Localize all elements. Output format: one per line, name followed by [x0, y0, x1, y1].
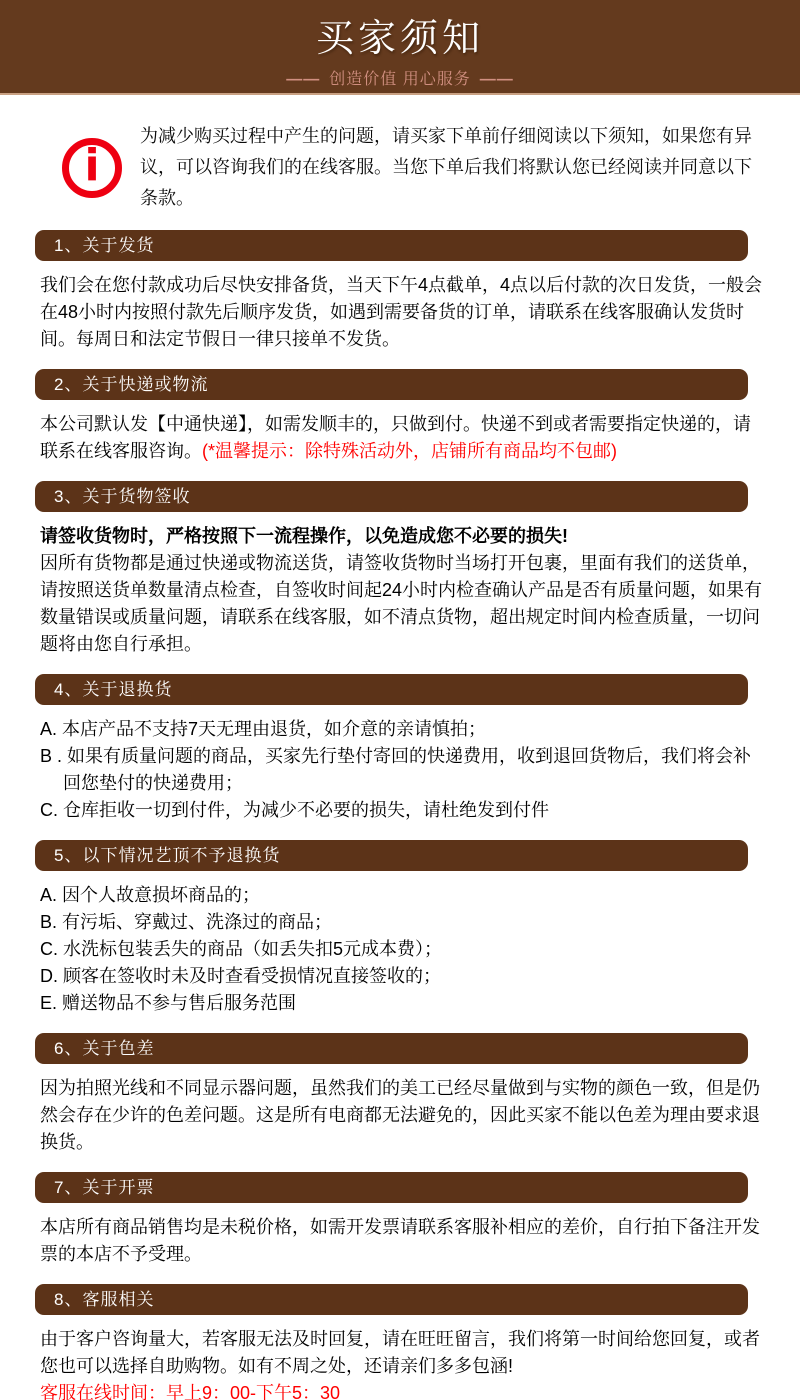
list-item: A. 因个人故意损坏商品的； [40, 882, 765, 909]
paragraph: 本公司默认发【中通快递】，如需发顺丰的，只做到付。快递不到或者需要指定快递的，请… [40, 411, 765, 465]
section-title: 6、关于色差 [54, 1039, 154, 1058]
section-title: 7、关于开票 [54, 1178, 154, 1197]
section-body: 请签收货物时，严格按照下一流程操作，以免造成您不必要的损失!因所有货物都是通过快… [40, 512, 765, 658]
sections-container: 1、关于发货 我们会在您付款成功后尽快安排备货，当天下午4点截单，4点以后付款的… [0, 230, 800, 1400]
section-body: 本店所有商品销售均是未税价格，如需开发票请联系客服补相应的差价，自行拍下备注开发… [40, 1203, 765, 1268]
text-span: B . 如果有质量问题的商品，买家先行垫付寄回的快递费用，收到退回货物后，我们将… [40, 746, 751, 793]
paragraph: 因所有货物都是通过快递或物流送货，请签收货物时当场打开包裹，里面有我们的送货单，… [40, 550, 765, 658]
notice-section: 4、关于退换货 A. 本店产品不支持7天无理由退货，如介意的亲请慎拍；B . 如… [0, 674, 800, 824]
red-note: 客服在线时间：早上9：00-下午5：30 [40, 1383, 340, 1400]
notice-section: 8、客服相关 由于客户咨询量大，若客服无法及时回复，请在旺旺留言，我们将第一时间… [0, 1284, 800, 1400]
list-item: A. 本店产品不支持7天无理由退货，如介意的亲请慎拍； [40, 716, 765, 743]
text-span: E. 赠送物品不参与售后服务范围 [40, 993, 296, 1013]
section-body: 由于客户咨询量大，若客服无法及时回复，请在旺旺留言，我们将第一时间给您回复，或者… [40, 1315, 765, 1400]
list-item: B. 有污垢、穿戴过、洗涤过的商品； [40, 909, 765, 936]
text-span: 因所有货物都是通过快递或物流送货，请签收货物时当场打开包裹，里面有我们的送货单，… [40, 553, 762, 654]
section-header-bar: 7、关于开票 [35, 1172, 748, 1203]
section-title: 2、关于快递或物流 [54, 375, 208, 394]
list-item: C. 仓库拒收一切到付件，为减少不必要的损失，请杜绝发到付件 [40, 797, 765, 824]
notice-section: 1、关于发货 我们会在您付款成功后尽快安排备货，当天下午4点截单，4点以后付款的… [0, 230, 800, 353]
text-span: 因为拍照光线和不同显示器问题，虽然我们的美工已经尽量做到与实物的颜色一致，但是仍… [40, 1078, 760, 1152]
paragraph: 本店所有商品销售均是未税价格，如需开发票请联系客服补相应的差价，自行拍下备注开发… [40, 1214, 765, 1268]
section-header-bar: 2、关于快递或物流 [35, 369, 748, 400]
text-span: 由于客户咨询量大，若客服无法及时回复，请在旺旺留言，我们将第一时间给您回复，或者… [40, 1329, 760, 1376]
list-item: C. 水洗标包装丢失的商品（如丢失扣5元成本费）； [40, 936, 765, 963]
text-span: 请签收货物时，严格按照下一流程操作，以免造成您不必要的损失! [40, 526, 568, 546]
text-span: 我们会在您付款成功后尽快安排备货，当天下午4点截单，4点以后付款的次日发货，一般… [40, 275, 762, 349]
text-span: A. 因个人故意损坏商品的； [40, 885, 260, 905]
section-title: 5、以下情况艺顶不予退换货 [54, 846, 280, 865]
notice-section: 2、关于快递或物流 本公司默认发【中通快递】，如需发顺丰的，只做到付。快递不到或… [0, 369, 800, 465]
paragraph: 我们会在您付款成功后尽快安排备货，当天下午4点截单，4点以后付款的次日发货，一般… [40, 272, 765, 353]
paragraph: 由于客户咨询量大，若客服无法及时回复，请在旺旺留言，我们将第一时间给您回复，或者… [40, 1326, 765, 1380]
section-title: 1、关于发货 [54, 236, 154, 255]
red-note: (*温馨提示：除特殊活动外，店铺所有商品均不包邮) [202, 441, 617, 461]
section-title: 8、客服相关 [54, 1290, 154, 1309]
section-body: A. 因个人故意损坏商品的；B. 有污垢、穿戴过、洗涤过的商品；C. 水洗标包装… [40, 871, 765, 1017]
section-body: 我们会在您付款成功后尽快安排备货，当天下午4点截单，4点以后付款的次日发货，一般… [40, 261, 765, 353]
section-header-bar: 1、关于发货 [35, 230, 748, 261]
section-body: 因为拍照光线和不同显示器问题，虽然我们的美工已经尽量做到与实物的颜色一致，但是仍… [40, 1064, 765, 1156]
header-subtitle: ——创造价值 用心服务—— [0, 66, 800, 89]
section-title: 3、关于货物签收 [54, 487, 190, 506]
section-header-bar: 5、以下情况艺顶不予退换货 [35, 840, 748, 871]
notice-section: 6、关于色差 因为拍照光线和不同显示器问题，虽然我们的美工已经尽量做到与实物的颜… [0, 1033, 800, 1156]
text-span: C. 水洗标包装丢失的商品（如丢失扣5元成本费）； [40, 939, 442, 959]
text-span: A. 本店产品不支持7天无理由退货，如介意的亲请慎拍； [40, 719, 486, 739]
list-item: E. 赠送物品不参与售后服务范围 [40, 990, 765, 1017]
text-span: B. 有污垢、穿戴过、洗涤过的商品； [40, 912, 332, 932]
section-header-bar: 8、客服相关 [35, 1284, 748, 1315]
text-span: C. 仓库拒收一切到付件，为减少不必要的损失，请杜绝发到付件 [40, 800, 549, 820]
notice-section: 3、关于货物签收 请签收货物时，严格按照下一流程操作，以免造成您不必要的损失!因… [0, 481, 800, 658]
section-body: A. 本店产品不支持7天无理由退货，如介意的亲请慎拍；B . 如果有质量问题的商… [40, 705, 765, 824]
notice-section: 5、以下情况艺顶不予退换货 A. 因个人故意损坏商品的；B. 有污垢、穿戴过、洗… [0, 840, 800, 1017]
section-header-bar: 6、关于色差 [35, 1033, 748, 1064]
list-item: B . 如果有质量问题的商品，买家先行垫付寄回的快递费用，收到退回货物后，我们将… [40, 743, 765, 797]
paragraph: 请签收货物时，严格按照下一流程操作，以免造成您不必要的损失! [40, 523, 765, 550]
section-body: 本公司默认发【中通快递】，如需发顺丰的，只做到付。快递不到或者需要指定快递的，请… [40, 400, 765, 465]
intro-notice: i 为减少购买过程中产生的问题，请买家下单前仔细阅读以下须知，如果您有异议，可以… [62, 121, 762, 214]
section-header-bar: 3、关于货物签收 [35, 481, 748, 512]
text-span: D. 顾客在签收时未及时查看受损情况直接签收的； [40, 966, 441, 986]
subtitle-text: 创造价值 用心服务 [329, 71, 470, 88]
subtitle-dash-right: —— [480, 71, 514, 88]
paragraph: 客服在线时间：早上9：00-下午5：30 [40, 1380, 765, 1400]
header-banner: 买家须知 ——创造价值 用心服务—— [0, 0, 800, 95]
info-icon-glyph: i [84, 144, 99, 188]
section-header-bar: 4、关于退换货 [35, 674, 748, 705]
subtitle-dash-left: —— [286, 71, 320, 88]
info-icon: i [62, 138, 122, 198]
section-title: 4、关于退换货 [54, 680, 172, 699]
text-span: 本店所有商品销售均是未税价格，如需开发票请联系客服补相应的差价，自行拍下备注开发… [40, 1217, 760, 1264]
notice-section: 7、关于开票 本店所有商品销售均是未税价格，如需开发票请联系客服补相应的差价，自… [0, 1172, 800, 1268]
buyer-notice-page: 买家须知 ——创造价值 用心服务—— i 为减少购买过程中产生的问题，请买家下单… [0, 0, 800, 1400]
page-title: 买家须知 [0, 19, 800, 61]
list-item: D. 顾客在签收时未及时查看受损情况直接签收的； [40, 963, 765, 990]
intro-text: 为减少购买过程中产生的问题，请买家下单前仔细阅读以下须知，如果您有异议，可以咨询… [140, 121, 762, 214]
paragraph: 因为拍照光线和不同显示器问题，虽然我们的美工已经尽量做到与实物的颜色一致，但是仍… [40, 1075, 765, 1156]
